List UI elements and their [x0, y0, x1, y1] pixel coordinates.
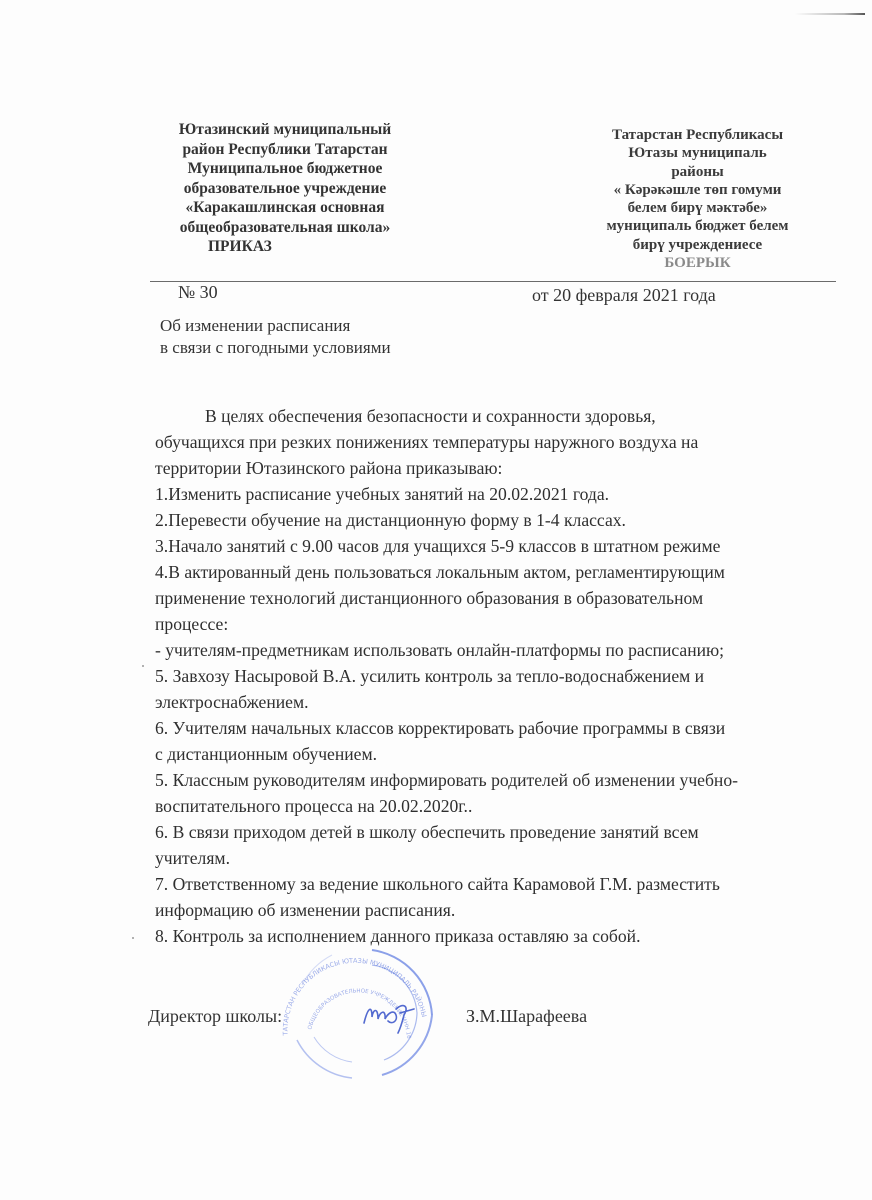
body-line: информацию об изменении расписания. — [155, 897, 835, 923]
header-left-line: район Республики Татарстан — [150, 140, 420, 160]
body-line: применение технологий дистанционного обр… — [155, 585, 835, 611]
body-line: 7. Ответственному за ведение школьного с… — [155, 871, 835, 897]
body-line: обучащихся при резких понижениях темпера… — [155, 429, 835, 455]
document-page: Ютазинский муниципальный район Республик… — [0, 0, 872, 1200]
header-right-line: « Кәрәкәшле төп гомуми — [580, 181, 815, 199]
body-line: 8. Контроль за исполнением данного прика… — [155, 923, 835, 949]
header-right-line: районы — [580, 163, 815, 181]
body-line: 3.Начало занятий с 9.00 часов для учащих… — [155, 533, 835, 559]
header-divider — [150, 281, 836, 282]
header-right-line: белем бирү мәктәбе» — [580, 199, 815, 217]
header-right-tt: Татарстан Республикасы Ютазы муниципаль … — [580, 126, 815, 272]
order-subject: Об изменении расписания в связи с погодн… — [160, 315, 391, 359]
header-left-line: Муниципальное бюджетное — [150, 159, 420, 179]
subject-line: Об изменении расписания — [160, 315, 391, 337]
header-right-line: Ютазы муниципаль — [580, 144, 815, 162]
header-left-line: общеобразовательная школа» — [150, 218, 420, 238]
body-line: учителям. — [155, 845, 835, 871]
body-line: - учителям-предметникам использовать онл… — [155, 637, 835, 663]
scan-speck — [132, 937, 134, 939]
director-name: З.М.Шарафеева — [466, 1006, 587, 1027]
header-left-line: образовательное учреждение — [150, 179, 420, 199]
body-line: 1.Изменить расписание учебных занятий на… — [155, 481, 835, 507]
subject-line: в связи с погодными условиями — [160, 337, 391, 359]
doc-type-ru: ПРИКАЗ — [150, 237, 420, 257]
body-line: 6. Учителям начальных классов корректиро… — [155, 715, 835, 741]
scan-speck — [142, 665, 144, 667]
header-right-line: бирү учреждениесе — [580, 236, 815, 254]
body-line: 5. Завхозу Насыровой В.А. усилить контро… — [155, 663, 835, 689]
header-right-line: Татарстан Республикасы — [580, 126, 815, 144]
header-left-line: Ютазинский муниципальный — [150, 120, 420, 140]
signature-icon — [358, 995, 418, 1035]
body-line: 6. В связи приходом детей в школу обеспе… — [155, 819, 835, 845]
body-line: воспитательного процесса на 20.02.2020г.… — [155, 793, 835, 819]
header-left-ru: Ютазинский муниципальный район Республик… — [150, 120, 420, 257]
director-title: Директор школы: — [148, 1006, 282, 1027]
order-date: от 20 февраля 2021 года — [532, 285, 716, 306]
body-line: В целях обеспечения безопасности и сохра… — [155, 403, 835, 429]
body-line: 4.В актированный день пользоваться локал… — [155, 559, 835, 585]
body-line: 2.Перевести обучение на дистанционную фо… — [155, 507, 835, 533]
scan-edge-artifact — [795, 13, 865, 15]
body-line: электроснабжением. — [155, 689, 835, 715]
body-line: с дистанционным обучением. — [155, 741, 835, 767]
body-line: территории Ютазинского района приказываю… — [155, 455, 835, 481]
header-left-line: «Каракашлинская основная — [150, 198, 420, 218]
order-body: В целях обеспечения безопасности и сохра… — [155, 403, 835, 949]
order-number: № 30 — [178, 282, 218, 303]
header-right-line: муниципаль бюджет белем — [580, 217, 815, 235]
doc-type-tt: БОЕРЫК — [580, 254, 815, 272]
body-line: процессе: — [155, 611, 835, 637]
body-line: 5. Классным руководителям информировать … — [155, 767, 835, 793]
